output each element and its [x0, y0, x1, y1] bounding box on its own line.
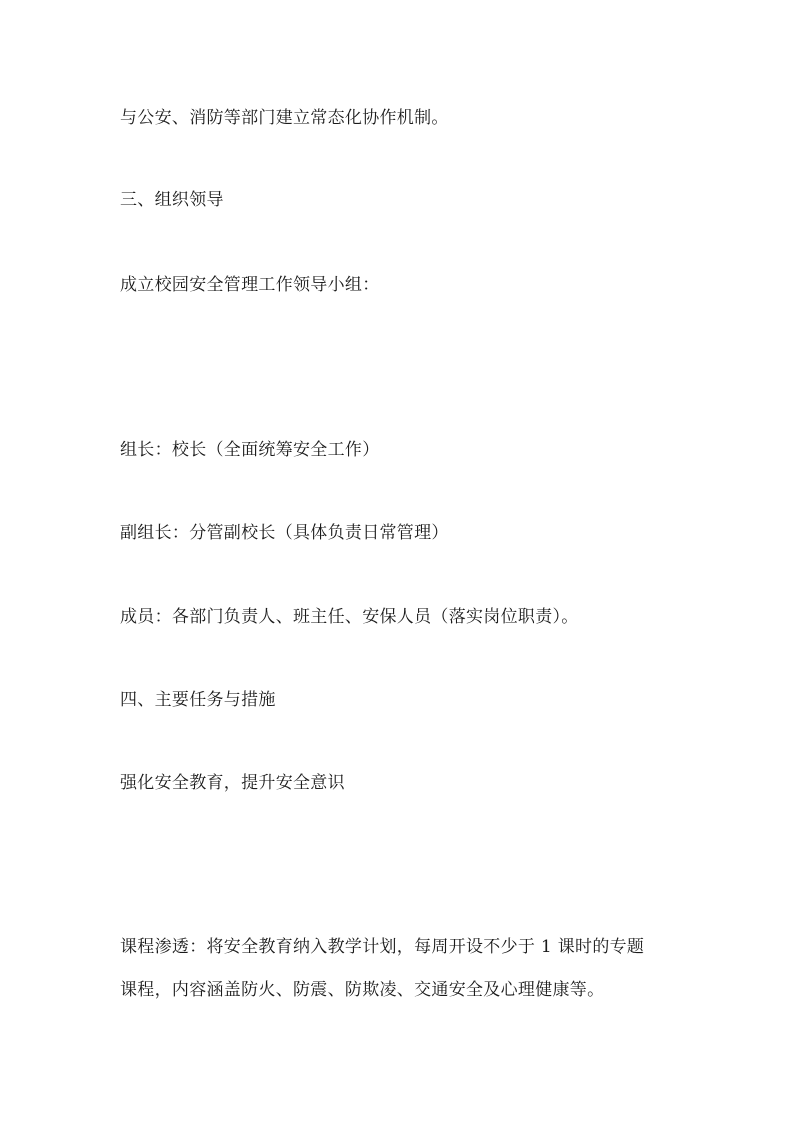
paragraph-curriculum-line-2: 课程，内容涵盖防火、防震、防欺凌、交通安全及心理健康等。 — [120, 979, 604, 1001]
section-heading-organization: 三、组织领导 — [120, 189, 224, 211]
section-heading-main-tasks: 四、主要任务与措施 — [120, 689, 276, 711]
paragraph-group-leader: 组长：校长（全面统筹安全工作） — [120, 439, 380, 461]
paragraph-deputy-leader: 副组长：分管副校长（具体负责日常管理） — [120, 522, 449, 544]
paragraph-leading-group-intro: 成立校园安全管理工作领导小组： — [120, 274, 380, 296]
subheading-safety-education: 强化安全教育，提升安全意识 — [120, 772, 345, 794]
document-page: 与公安、消防等部门建立常态化协作机制。 三、组织领导 成立校园安全管理工作领导小… — [0, 0, 793, 1122]
paragraph-members: 成员：各部门负责人、班主任、安保人员（落实岗位职责）。 — [120, 606, 579, 628]
paragraph-curriculum-line-1: 课程渗透：将安全教育纳入教学计划，每周开设不少于 1 课时的专题 — [120, 936, 644, 958]
paragraph-police-fire-cooperation: 与公安、消防等部门建立常态化协作机制。 — [120, 107, 449, 129]
